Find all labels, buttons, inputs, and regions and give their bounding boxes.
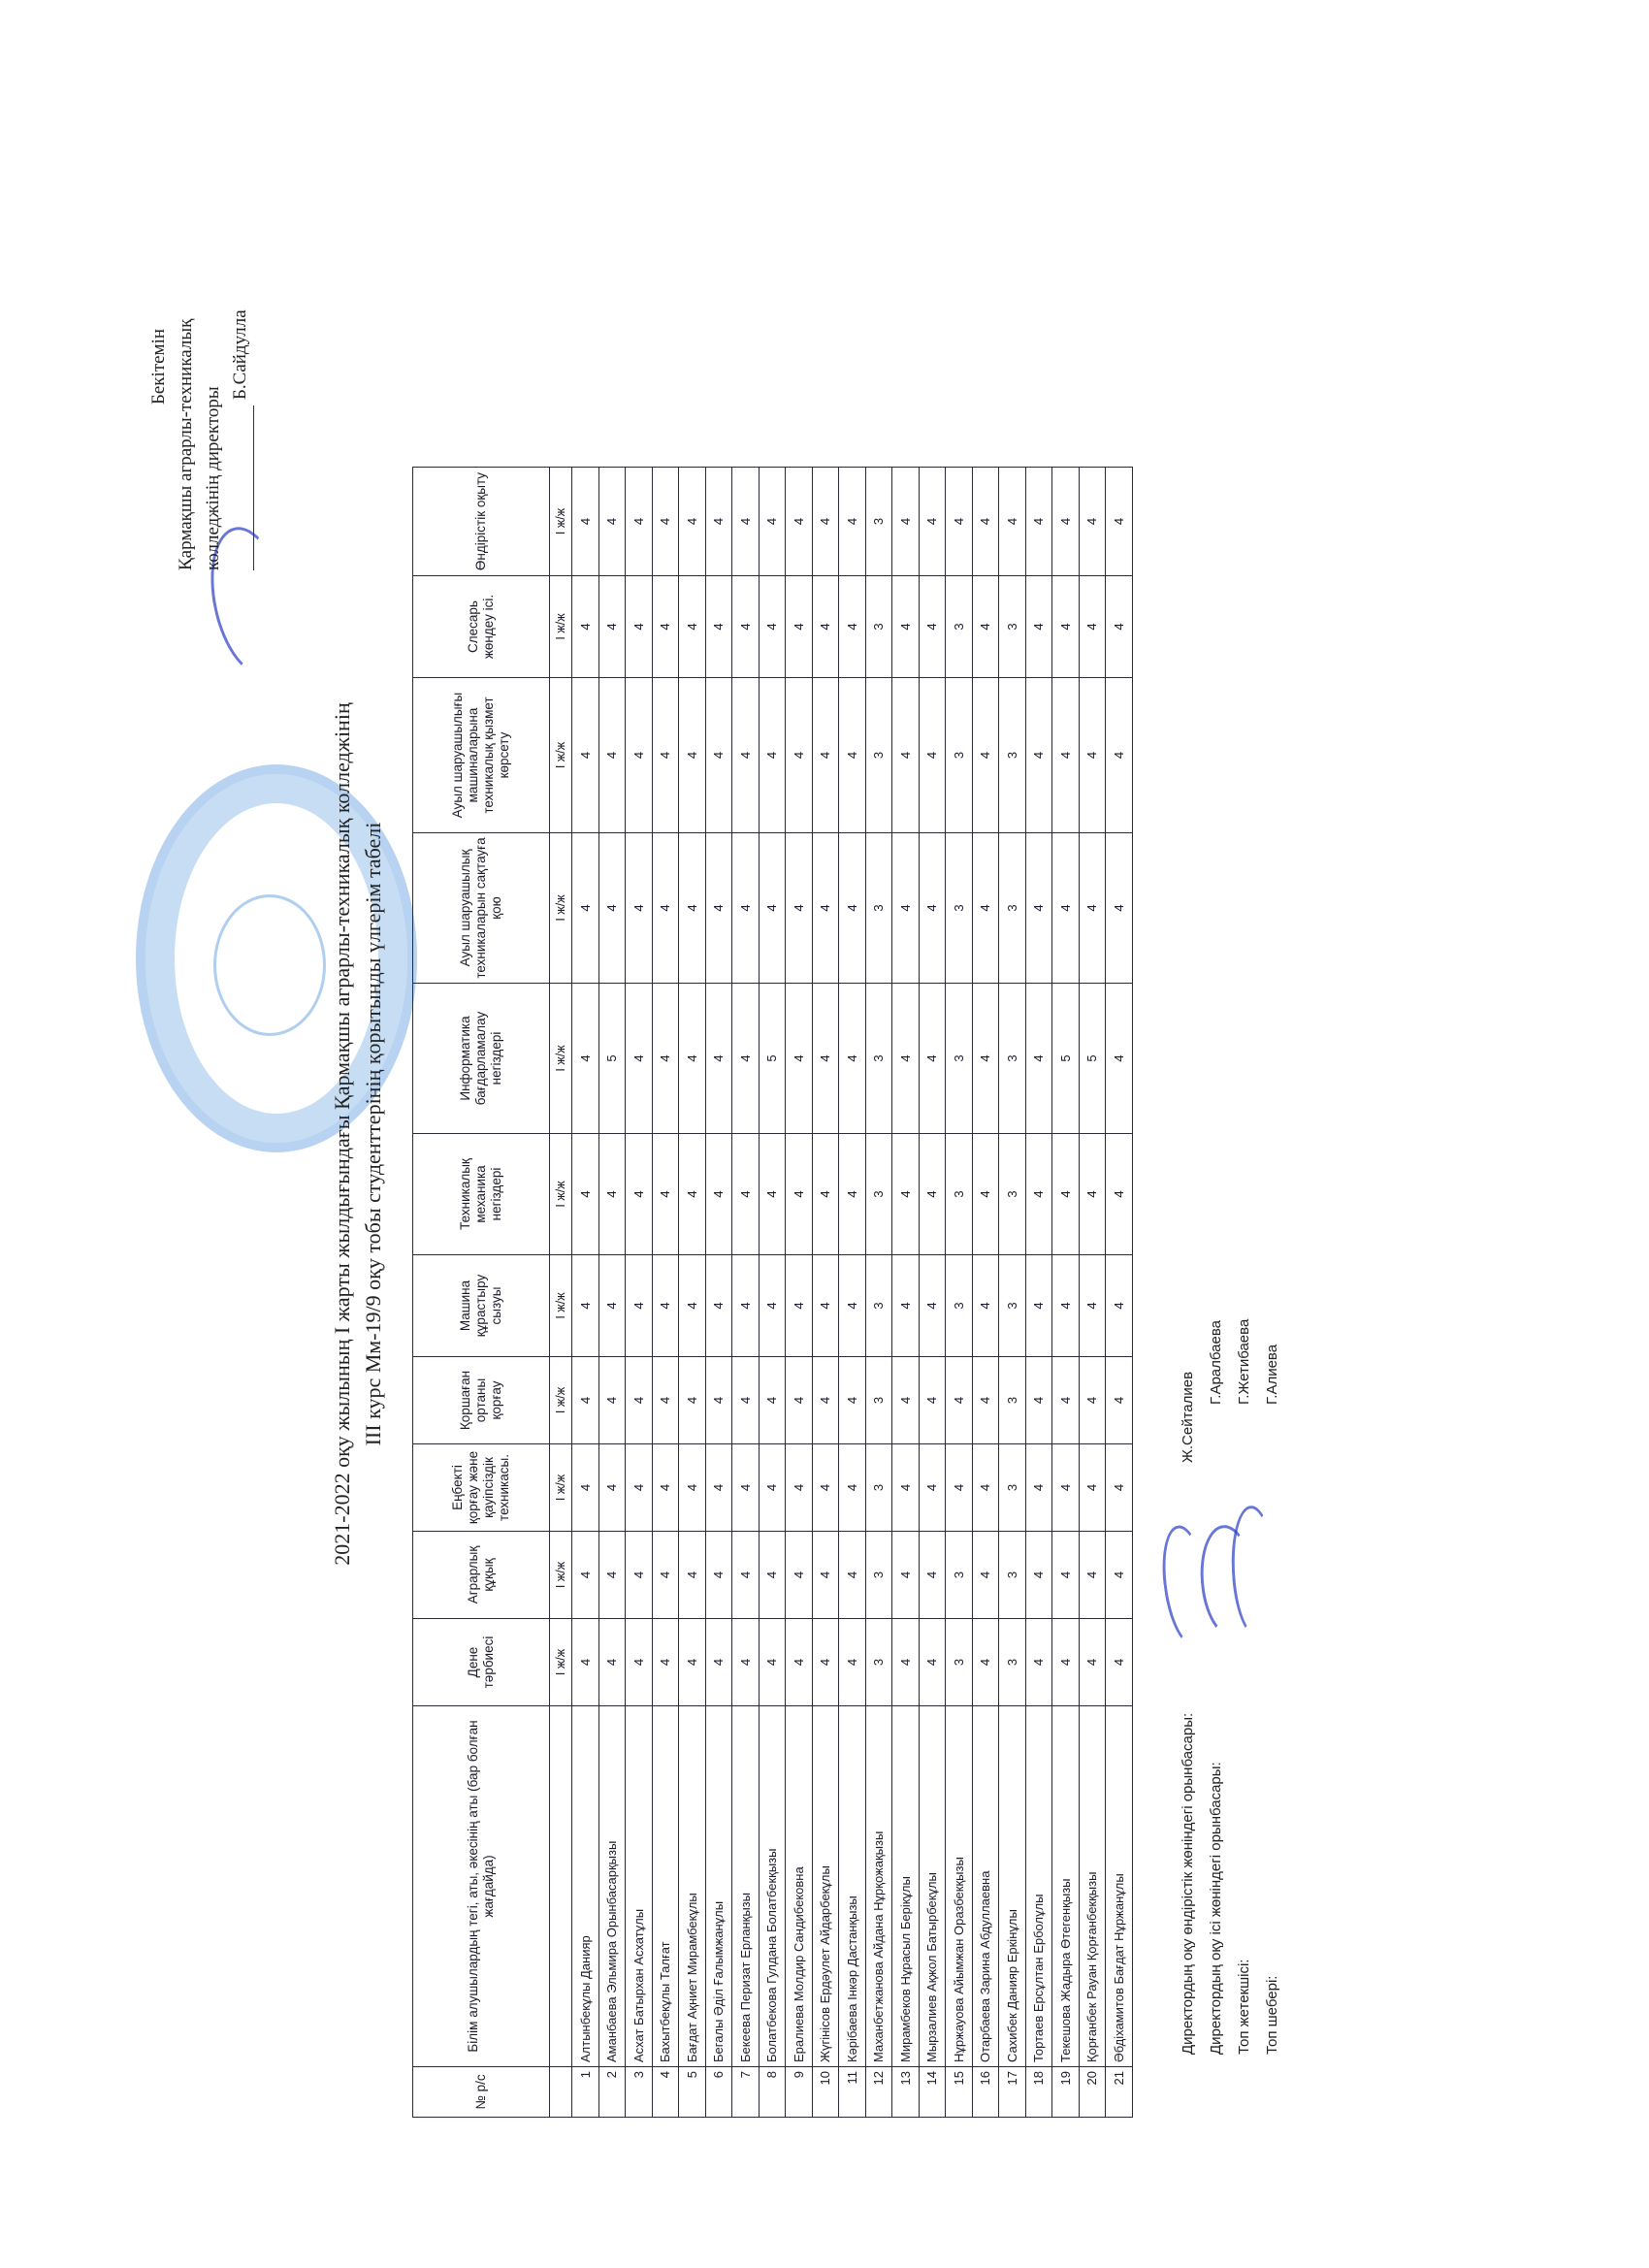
row-number: 6 (705, 2067, 732, 2118)
grade-cell: 4 (1106, 1134, 1133, 1255)
row-number: 5 (679, 2067, 706, 2118)
grade-cell: 3 (946, 678, 973, 833)
grade-cell: 4 (786, 576, 813, 678)
grade-cell: 4 (812, 984, 839, 1134)
table-row: 10Жүгінісов Ердәулет Айдарбекұлы44444444… (812, 468, 839, 2118)
grade-cell: 4 (759, 1255, 786, 1357)
grade-cell: 4 (786, 984, 813, 1134)
grade-cell: 4 (1106, 468, 1133, 576)
footer-role: Директордың оқу өндірістік жөніндегі оры… (1174, 1713, 1202, 2055)
grade-cell: 4 (705, 1357, 732, 1444)
grade-cell: 4 (1052, 678, 1080, 833)
semester-label: I ж/ж (550, 833, 572, 984)
grade-cell: 4 (626, 1255, 653, 1357)
student-name: Отарбаева Зарина Абдуллаевна (972, 1706, 999, 2067)
grade-cell: 5 (598, 984, 626, 1134)
grade-cell: 4 (919, 1255, 946, 1357)
grade-cell: 4 (705, 1619, 732, 1706)
grade-cell: 4 (759, 1357, 786, 1444)
grade-cell: 4 (1052, 468, 1080, 576)
document-title: 2021-2022 оқу жылының I жарты жылдығында… (330, 0, 355, 2268)
row-number: 14 (919, 2067, 946, 2118)
grade-cell: 4 (1052, 1532, 1080, 1619)
student-name: Қорғанбек Рауан Қорғанбекқызы (1079, 1706, 1106, 2067)
grade-cell: 4 (1106, 1532, 1133, 1619)
grade-cell: 4 (759, 1619, 786, 1706)
grade-cell: 4 (1052, 1134, 1080, 1255)
grade-cell: 4 (759, 468, 786, 576)
footer-name: Г.Алиева (1258, 1172, 1286, 1463)
semester-label: I ж/ж (550, 678, 572, 833)
student-name: Жүгінісов Ердәулет Айдарбекұлы (812, 1706, 839, 2067)
row-number: 17 (999, 2067, 1026, 2118)
grade-cell: 3 (946, 833, 973, 984)
grade-cell: 4 (812, 1619, 839, 1706)
grade-cell: 4 (1025, 1619, 1052, 1706)
grade-cell: 4 (1106, 678, 1133, 833)
grade-cell: 4 (759, 1532, 786, 1619)
grade-cell: 5 (1052, 984, 1080, 1134)
grade-cell: 4 (812, 1444, 839, 1532)
grade-cell: 4 (1079, 1255, 1106, 1357)
grade-cell: 4 (786, 468, 813, 576)
grade-cell: 4 (626, 1357, 653, 1444)
footer-name: Ж.Сейталиев (1174, 1172, 1202, 1463)
grade-cell: 4 (1025, 1134, 1052, 1255)
grade-cell: 4 (812, 833, 839, 984)
student-name: Бахытбекұлы Талғат (652, 1706, 679, 2067)
grade-cell: 4 (972, 1255, 999, 1357)
grade-cell: 4 (786, 833, 813, 984)
grade-cell: 4 (786, 678, 813, 833)
document-page: Бекітемін Қармақшы аграрлы-техникалық ко… (0, 0, 1649, 2268)
grade-cell: 4 (892, 1619, 920, 1706)
grade-cell: 4 (705, 678, 732, 833)
grade-cell: 4 (1079, 833, 1106, 984)
grade-cell: 4 (652, 984, 679, 1134)
grade-cell: 4 (598, 833, 626, 984)
grade-cell: 4 (1079, 468, 1106, 576)
grade-cell: 4 (759, 1444, 786, 1532)
grade-cell: 4 (972, 576, 999, 678)
grade-cell: 4 (679, 984, 706, 1134)
grade-cell: 4 (972, 1134, 999, 1255)
grade-cell: 4 (919, 984, 946, 1134)
approval-position-1: Қармақшы аграрлы-техникалық (173, 163, 200, 570)
grade-cell: 4 (626, 984, 653, 1134)
grade-cell: 4 (652, 1357, 679, 1444)
grade-cell: 4 (705, 468, 732, 576)
header-subject: Аграрлық құқық (413, 1532, 550, 1619)
grade-cell: 4 (732, 576, 760, 678)
grade-cell: 4 (919, 576, 946, 678)
student-name: Болатбекова Гулдана Болатбекқызы (759, 1706, 786, 2067)
row-number: 12 (865, 2067, 892, 2118)
grade-cell: 4 (1106, 1619, 1133, 1706)
student-name: Нұржауова Айымжан Оразбекқызы (946, 1706, 973, 2067)
grade-cell: 4 (892, 1255, 920, 1357)
grade-cell: 4 (652, 678, 679, 833)
grade-cell: 4 (598, 1532, 626, 1619)
grade-cell: 4 (919, 1532, 946, 1619)
grade-cell: 4 (892, 468, 920, 576)
table-row: 2Аманбаева Эльмира Орынбасарқызы44444454… (598, 468, 626, 2118)
row-number: 20 (1079, 2067, 1106, 2118)
approval-word: Бекітемін (145, 163, 173, 570)
grade-cell: 4 (705, 1134, 732, 1255)
grade-cell: 4 (892, 1357, 920, 1444)
grade-cell: 4 (1052, 833, 1080, 984)
grade-cell: 4 (572, 576, 599, 678)
table-row: 1Алтынбекұлы Данияр44444444444 (572, 468, 599, 2118)
header-subject: Дене тәрбиесі (413, 1619, 550, 1706)
grade-cell: 4 (1106, 1444, 1133, 1532)
header-subject: Еңбекті қорғау және қауіпсіздік техникас… (413, 1444, 550, 1532)
student-name: Мирамбеков Нұрасыл Берікұлы (892, 1706, 920, 2067)
header-subject: Ауыл шаруашылығы машиналарына техникалық… (413, 678, 550, 833)
grade-cell: 4 (652, 1619, 679, 1706)
grade-cell: 3 (865, 984, 892, 1134)
semester-label: I ж/ж (550, 1444, 572, 1532)
table-row: 11Кәрібаева Інкәр Дастанқызы44444444444 (839, 468, 866, 2118)
grade-cell: 4 (999, 468, 1026, 576)
grade-cell: 4 (652, 1255, 679, 1357)
grade-cell: 4 (946, 1357, 973, 1444)
grade-cell: 4 (679, 1444, 706, 1532)
grade-cell: 5 (1079, 984, 1106, 1134)
grade-cell: 4 (839, 1444, 866, 1532)
approval-position-2: колледжінің директоры (200, 163, 227, 570)
grade-cell: 3 (865, 833, 892, 984)
header-subject: Өндірістік оқыту (413, 468, 550, 576)
grade-cell: 4 (1079, 1444, 1106, 1532)
footer-name: Г.Аралбаева (1202, 1172, 1230, 1463)
grade-cell: 4 (1052, 1619, 1080, 1706)
grade-cell: 4 (839, 678, 866, 833)
grade-cell: 4 (1079, 576, 1106, 678)
grade-cell: 4 (598, 678, 626, 833)
grade-cell: 4 (1052, 1357, 1080, 1444)
grade-cell: 4 (972, 468, 999, 576)
grade-cell: 4 (1052, 576, 1080, 678)
table-row: 9Ералиева Молдир Сандибековна44444444444 (786, 468, 813, 2118)
grade-cell: 4 (705, 1255, 732, 1357)
row-number: 10 (812, 2067, 839, 2118)
row-number: 3 (626, 2067, 653, 2118)
grade-cell: 4 (759, 678, 786, 833)
grade-cell: 3 (865, 1444, 892, 1532)
grade-cell: 4 (572, 1357, 599, 1444)
student-name: Аманбаева Эльмира Орынбасарқызы (598, 1706, 626, 2067)
grade-cell: 4 (652, 576, 679, 678)
table-row: 6Бегалы Әділ Ғалымжанұлы44444444444 (705, 468, 732, 2118)
grade-cell: 4 (598, 1357, 626, 1444)
grade-cell: 4 (732, 833, 760, 984)
student-name: Бағдат Ақниет Мирамбекұлы (679, 1706, 706, 2067)
grade-cell: 4 (1079, 1357, 1106, 1444)
row-number: 9 (786, 2067, 813, 2118)
grade-cell: 4 (812, 1134, 839, 1255)
grade-cell: 4 (839, 1255, 866, 1357)
grade-cell: 4 (839, 1619, 866, 1706)
header-subject: Машина құрастыру сызуы (413, 1255, 550, 1357)
grade-cell: 4 (1025, 833, 1052, 984)
grade-cell: 3 (946, 984, 973, 1134)
signatures-footer: Директордың оқу өндірістік жөніндегі оры… (1174, 1713, 1286, 2055)
grade-cell: 4 (626, 1134, 653, 1255)
grade-cell: 4 (839, 576, 866, 678)
grade-cell: 4 (812, 1532, 839, 1619)
grade-cell: 4 (919, 678, 946, 833)
grade-cell: 4 (1025, 576, 1052, 678)
semester-label: I ж/ж (550, 984, 572, 1134)
grade-cell: 4 (759, 576, 786, 678)
grade-cell: 4 (652, 833, 679, 984)
table-row: 4Бахытбекұлы Талғат44444444444 (652, 468, 679, 2118)
grade-cell: 4 (598, 1619, 626, 1706)
table-row: 3Асхат Батырхан Асхатұлы44444444444 (626, 468, 653, 2118)
row-number: 18 (1025, 2067, 1052, 2118)
footer-role: Топ шебері: (1258, 1713, 1286, 2055)
grade-cell: 3 (946, 576, 973, 678)
grade-cell: 3 (999, 678, 1026, 833)
grade-cell: 4 (1079, 1619, 1106, 1706)
grade-cell: 4 (812, 468, 839, 576)
grade-cell: 3 (999, 984, 1026, 1134)
document-subtitle: III курс Мм-19/9 оқу тобы студенттерінің… (361, 0, 386, 2268)
grade-cell: 4 (972, 678, 999, 833)
grade-cell: 4 (919, 1444, 946, 1532)
table-row: 12Маханбетжанова Айдана Нұрқожақызы33333… (865, 468, 892, 2118)
row-number: 19 (1052, 2067, 1080, 2118)
footer-role: Топ жетекшісі: (1230, 1713, 1258, 2055)
grade-cell: 4 (626, 1532, 653, 1619)
grade-cell: 4 (679, 1255, 706, 1357)
grade-cell: 4 (892, 833, 920, 984)
grade-cell: 4 (1025, 678, 1052, 833)
grade-cell: 3 (865, 468, 892, 576)
grade-cell: 4 (626, 833, 653, 984)
grade-cell: 4 (705, 833, 732, 984)
grade-cell: 4 (1025, 1357, 1052, 1444)
row-number: 2 (598, 2067, 626, 2118)
semester-label: I ж/ж (550, 576, 572, 678)
footer-name: Г.Жетибаева (1230, 1172, 1258, 1463)
student-name: Бекеева Перизат Ерланқызы (732, 1706, 760, 2067)
grade-cell: 4 (892, 1532, 920, 1619)
grade-cell: 4 (626, 678, 653, 833)
grade-cell: 4 (1106, 1357, 1133, 1444)
row-number: 4 (652, 2067, 679, 2118)
grades-table: № р/с Білім алушылардың тегі, аты, әкесі… (412, 467, 1133, 2118)
grade-cell: 3 (946, 1134, 973, 1255)
row-number: 11 (839, 2067, 866, 2118)
approval-block: Бекітемін Қармақшы аграрлы-техникалық ко… (145, 163, 254, 570)
grade-cell: 4 (598, 1134, 626, 1255)
grade-cell: 3 (865, 1255, 892, 1357)
grade-cell: 4 (1025, 984, 1052, 1134)
grade-cell: 4 (679, 1134, 706, 1255)
grade-cell: 4 (972, 1532, 999, 1619)
row-number: 8 (759, 2067, 786, 2118)
grade-cell: 4 (1106, 1255, 1133, 1357)
grade-cell: 4 (919, 1134, 946, 1255)
grade-cell: 3 (999, 1619, 1026, 1706)
grade-cell: 4 (1025, 468, 1052, 576)
grade-cell: 4 (892, 1444, 920, 1532)
grade-cell: 4 (839, 1532, 866, 1619)
grade-cell: 4 (972, 1357, 999, 1444)
table-row: 14Мырзалиев Ақжол Батырбекұлы44444444444 (919, 468, 946, 2118)
director-name: Б.Сайдулла (230, 309, 250, 400)
grade-cell: 5 (759, 984, 786, 1134)
grade-cell: 4 (972, 984, 999, 1134)
grade-cell: 4 (572, 468, 599, 576)
grade-cell: 4 (732, 984, 760, 1134)
grade-cell: 4 (1079, 678, 1106, 833)
grade-cell: 4 (572, 1444, 599, 1532)
grade-cell: 4 (839, 984, 866, 1134)
header-number: № р/с (413, 2067, 550, 2118)
grade-cell: 4 (919, 468, 946, 576)
grade-cell: 4 (598, 1444, 626, 1532)
table-row: 7Бекеева Перизат Ерланқызы44444444444 (732, 468, 760, 2118)
student-name: Асхат Батырхан Асхатұлы (626, 1706, 653, 2067)
grade-cell: 4 (679, 678, 706, 833)
grade-cell: 3 (865, 1532, 892, 1619)
semester-label: I ж/ж (550, 468, 572, 576)
grade-cell: 3 (999, 576, 1026, 678)
header-subject: Техникалық механика негіздері (413, 1134, 550, 1255)
grade-cell: 4 (1106, 576, 1133, 678)
grade-cell: 4 (626, 1619, 653, 1706)
grade-cell: 4 (759, 1134, 786, 1255)
grade-cell: 4 (892, 576, 920, 678)
grade-cell: 4 (1052, 1444, 1080, 1532)
grade-cell: 3 (946, 1255, 973, 1357)
grade-cell: 4 (892, 984, 920, 1134)
table-row: 13Мирамбеков Нұрасыл Берікұлы44444444444 (892, 468, 920, 2118)
grade-cell: 4 (786, 1357, 813, 1444)
table-row: 21Әбдіхамитов Бағдат Нұржанұлы4444444444… (1106, 468, 1133, 2118)
header-subject: Ауыл шаруашылық техникаларын сақтауға қо… (413, 833, 550, 984)
grade-cell: 4 (732, 1357, 760, 1444)
grade-cell: 4 (812, 1357, 839, 1444)
grade-cell: 4 (759, 833, 786, 984)
grade-cell: 4 (1052, 1255, 1080, 1357)
grade-cell: 4 (679, 576, 706, 678)
table-row: 16Отарбаева Зарина Абдуллаевна4444444444… (972, 468, 999, 2118)
grade-cell: 3 (999, 1532, 1026, 1619)
grade-cell: 4 (1079, 1532, 1106, 1619)
semester-label: I ж/ж (550, 1357, 572, 1444)
student-name: Ералиева Молдир Сандибековна (786, 1706, 813, 2067)
grade-cell: 4 (652, 1444, 679, 1532)
grade-cell: 4 (946, 468, 973, 576)
student-name: Кәрібаева Інкәр Дастанқызы (839, 1706, 866, 2067)
table-row: 15Нұржауова Айымжан Оразбекқызы334433333… (946, 468, 973, 2118)
row-number: 7 (732, 2067, 760, 2118)
grade-cell: 4 (1106, 833, 1133, 984)
semester-label: I ж/ж (550, 1532, 572, 1619)
student-name: Мырзалиев Ақжол Батырбекұлы (919, 1706, 946, 2067)
grade-cell: 3 (946, 1619, 973, 1706)
grade-cell: 3 (865, 1357, 892, 1444)
grade-cell: 4 (598, 468, 626, 576)
grade-cell: 4 (679, 1357, 706, 1444)
table-row: 8Болатбекова Гулдана Болатбекқызы4444445… (759, 468, 786, 2118)
grade-cell: 4 (892, 1134, 920, 1255)
grade-cell: 4 (892, 678, 920, 833)
grade-cell: 4 (705, 1444, 732, 1532)
grade-cell: 4 (1079, 1134, 1106, 1255)
grade-cell: 4 (679, 1619, 706, 1706)
grade-cell: 3 (865, 678, 892, 833)
row-number: 15 (946, 2067, 973, 2118)
student-name: Маханбетжанова Айдана Нұрқожақызы (865, 1706, 892, 2067)
grade-cell: 4 (786, 1444, 813, 1532)
grade-cell: 3 (946, 1532, 973, 1619)
student-name: Бегалы Әділ Ғалымжанұлы (705, 1706, 732, 2067)
grade-cell: 3 (999, 1134, 1026, 1255)
row-number: 21 (1106, 2067, 1133, 2118)
row-number: 13 (892, 2067, 920, 2118)
student-name: Тортаев Ерсұлтан Ерболұлы (1025, 1706, 1052, 2067)
grade-cell: 4 (946, 1444, 973, 1532)
semester-label: I ж/ж (550, 1255, 572, 1357)
grade-cell: 4 (786, 1255, 813, 1357)
grade-cell: 4 (812, 576, 839, 678)
grade-cell: 4 (812, 678, 839, 833)
grade-cell: 4 (972, 1619, 999, 1706)
student-name: Сахибек Данияр Еркінұлы (999, 1706, 1026, 2067)
signature-line (253, 405, 254, 570)
grade-cell: 4 (652, 1134, 679, 1255)
grade-cell: 3 (865, 1619, 892, 1706)
grade-cell: 4 (732, 678, 760, 833)
grade-cell: 4 (679, 468, 706, 576)
grade-cell: 4 (839, 1134, 866, 1255)
grade-cell: 4 (572, 1255, 599, 1357)
table-row: 5Бағдат Ақниет Мирамбекұлы44444444444 (679, 468, 706, 2118)
grade-cell: 4 (839, 468, 866, 576)
grade-cell: 4 (812, 1255, 839, 1357)
grade-cell: 4 (786, 1532, 813, 1619)
grade-cell: 4 (705, 984, 732, 1134)
grade-cell: 4 (919, 833, 946, 984)
grade-cell: 4 (598, 576, 626, 678)
footer-role: Директордың оқу ісі жөніндегі орынбасары… (1202, 1713, 1230, 2055)
grade-cell: 4 (679, 1532, 706, 1619)
grade-cell: 4 (705, 576, 732, 678)
student-name: Әбдіхамитов Бағдат Нұржанұлы (1106, 1706, 1133, 2067)
grade-cell: 4 (732, 1619, 760, 1706)
grade-cell: 4 (732, 1444, 760, 1532)
semester-label: I ж/ж (550, 1134, 572, 1255)
table-row: 18Тортаев Ерсұлтан Ерболұлы44444444444 (1025, 468, 1052, 2118)
table-row: 17Сахибек Данияр Еркінұлы33333333334 (999, 468, 1026, 2118)
row-number: 1 (572, 2067, 599, 2118)
row-number: 16 (972, 2067, 999, 2118)
grade-cell: 4 (972, 1444, 999, 1532)
header-student-name: Білім алушылардың тегі, аты, әкесінің ат… (413, 1706, 550, 2067)
grade-cell: 3 (999, 1444, 1026, 1532)
header-subject: Информатика бағдарламалау негіздері (413, 984, 550, 1134)
grade-cell: 4 (732, 1532, 760, 1619)
table-row: 20Қорғанбек Рауан Қорғанбекқызы444444544… (1079, 468, 1106, 2118)
grade-cell: 3 (999, 833, 1026, 984)
grade-cell: 4 (652, 1532, 679, 1619)
